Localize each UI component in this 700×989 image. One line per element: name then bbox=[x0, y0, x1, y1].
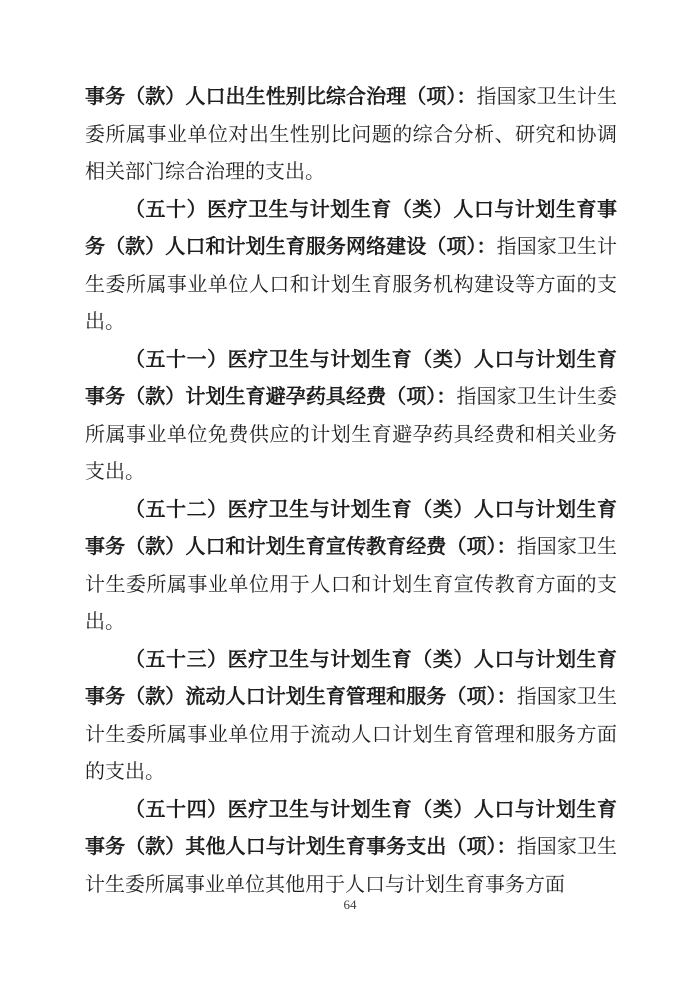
paragraph-51: （五十一）医疗卫生与计划生育（类）人口与计划生育事务（款）计划生育避孕药具经费（… bbox=[85, 342, 617, 492]
paragraph-heading: 事务（款）人口出生性别比综合治理（项）： bbox=[85, 86, 477, 108]
paragraph-54: （五十四）医疗卫生与计划生育（类）人口与计划生育事务（款）其他人口与计划生育事务… bbox=[85, 792, 617, 905]
paragraph-49-continuation: 事务（款）人口出生性别比综合治理（项）：指国家卫生计生委所属事业单位对出生性别比… bbox=[85, 79, 617, 192]
paragraph-50: （五十）医疗卫生与计划生育（类）人口与计划生育事务（款）人口和计划生育服务网络建… bbox=[85, 192, 617, 342]
paragraph-53: （五十三）医疗卫生与计划生育（类）人口与计划生育事务（款）流动人口计划生育管理和… bbox=[85, 642, 617, 792]
page-number: 64 bbox=[0, 897, 700, 913]
document-page: 事务（款）人口出生性别比综合治理（项）：指国家卫生计生委所属事业单位对出生性别比… bbox=[0, 0, 700, 989]
document-body: 事务（款）人口出生性别比综合治理（项）：指国家卫生计生委所属事业单位对出生性别比… bbox=[85, 79, 617, 904]
paragraph-52: （五十二）医疗卫生与计划生育（类）人口与计划生育事务（款）人口和计划生育宣传教育… bbox=[85, 492, 617, 642]
